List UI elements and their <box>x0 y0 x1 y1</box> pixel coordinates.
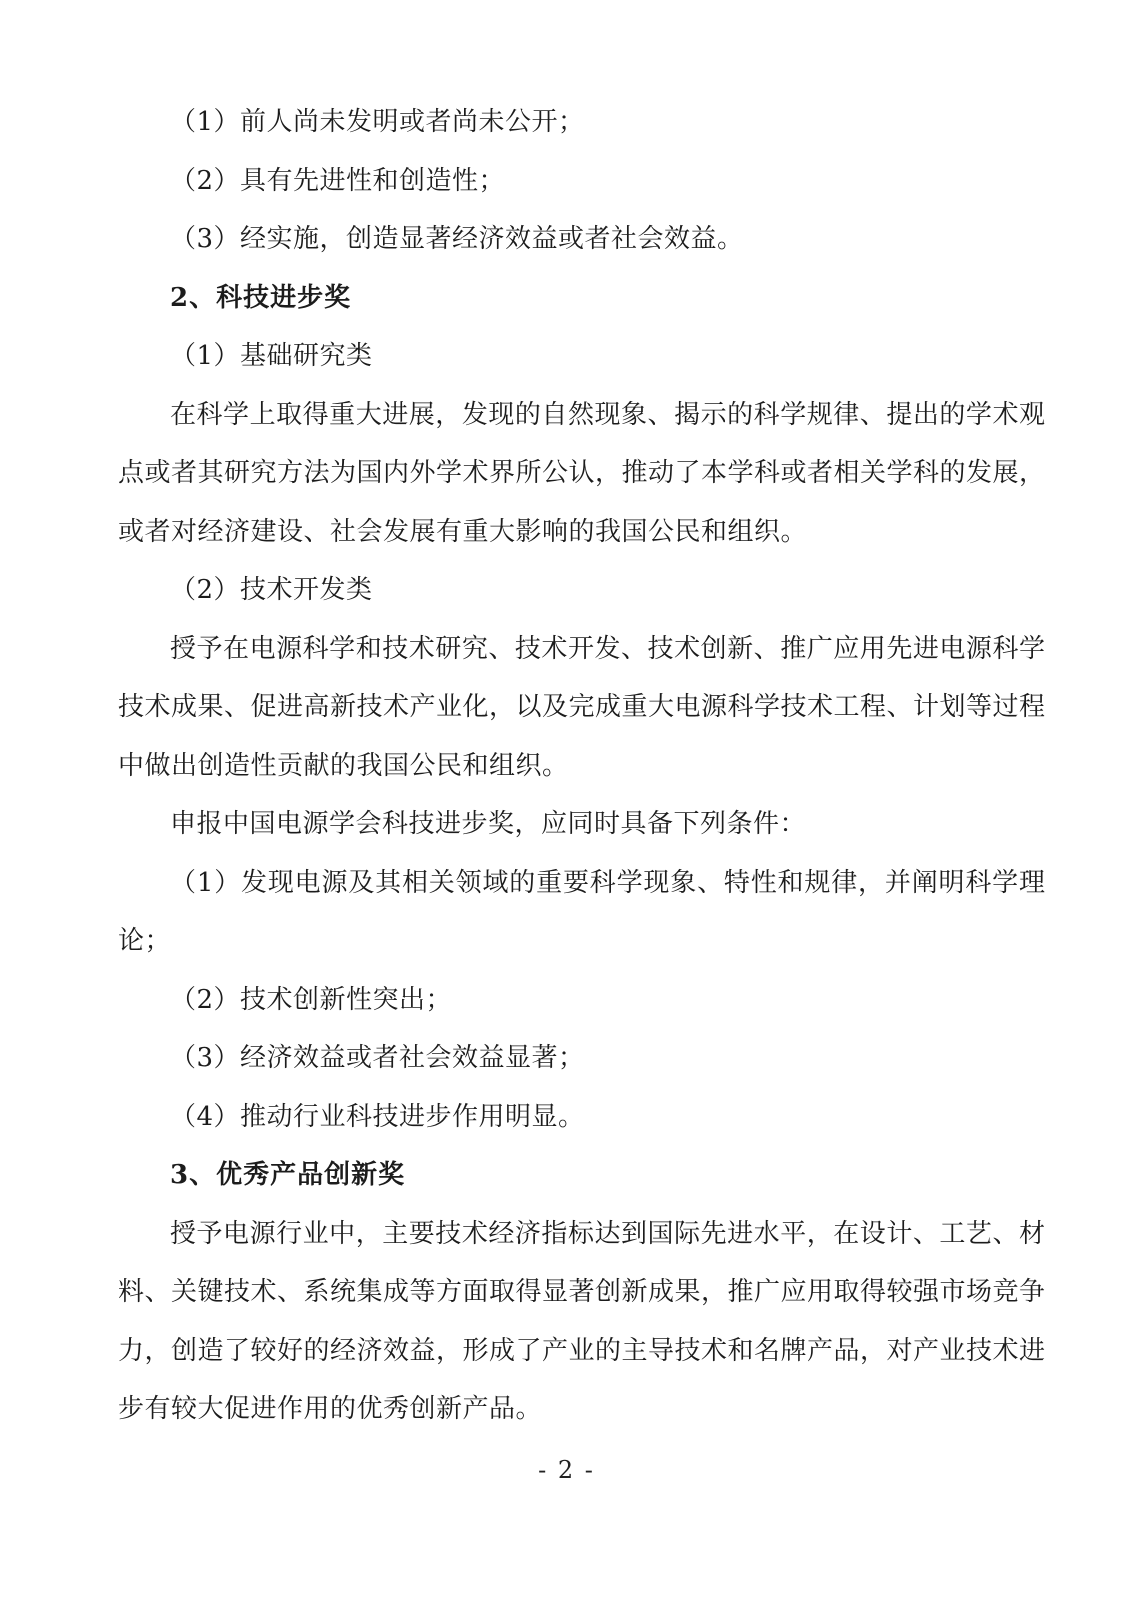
item-progress-condition-2: （2）技术创新性突出； <box>118 971 1045 1030</box>
heading-section-3-product-innovation-award: 3、优秀产品创新奖 <box>118 1146 1045 1205</box>
para-basic-research-line-1: 在科学上取得重大进展，发现的自然现象、揭示的科学规律、提出的学术观 <box>118 386 1045 445</box>
para-tech-development-line-3: 中做出创造性贡献的我国公民和组织。 <box>118 737 1045 796</box>
para-product-award-line-2: 料、关键技术、系统集成等方面取得显著创新成果，推广应用取得较强市场竞争 <box>118 1263 1045 1322</box>
para-basic-research-line-2: 点或者其研究方法为国内外学术界所公认，推动了本学科或者相关学科的发展， <box>118 444 1045 503</box>
para-product-award-line-3: 力，创造了较好的经济效益，形成了产业的主导技术和名牌产品，对产业技术进 <box>118 1322 1045 1381</box>
para-product-award-line-1: 授予电源行业中，主要技术经济指标达到国际先进水平，在设计、工艺、材 <box>118 1205 1045 1264</box>
item-progress-condition-4: （4）推动行业科技进步作用明显。 <box>118 1088 1045 1147</box>
item-basic-research-title: （1）基础研究类 <box>118 327 1045 386</box>
item-tech-development-title: （2）技术开发类 <box>118 561 1045 620</box>
para-product-award-line-4: 步有较大促进作用的优秀创新产品。 <box>118 1380 1045 1439</box>
item-progress-condition-1-line-2: 论； <box>118 912 1045 971</box>
item-invention-condition-2: （2）具有先进性和创造性； <box>118 152 1045 211</box>
document-page: （1）前人尚未发明或者尚未公开； （2）具有先进性和创造性； （3）经实施，创造… <box>0 0 1133 1600</box>
item-progress-condition-3: （3）经济效益或者社会效益显著； <box>118 1029 1045 1088</box>
heading-section-2-sci-tech-progress-award: 2、科技进步奖 <box>118 269 1045 328</box>
page-number: - 2 - <box>0 1439 1133 1498</box>
para-application-conditions-intro: 申报中国电源学会科技进步奖，应同时具备下列条件： <box>118 795 1045 854</box>
item-invention-condition-3: （3）经实施，创造显著经济效益或者社会效益。 <box>118 210 1045 269</box>
para-tech-development-line-1: 授予在电源科学和技术研究、技术开发、技术创新、推广应用先进电源科学 <box>118 620 1045 679</box>
para-basic-research-line-3: 或者对经济建设、社会发展有重大影响的我国公民和组织。 <box>118 503 1045 562</box>
item-invention-condition-1: （1）前人尚未发明或者尚未公开； <box>118 93 1045 152</box>
item-progress-condition-1-line-1: （1）发现电源及其相关领域的重要科学现象、特性和规律，并阐明科学理 <box>118 854 1045 913</box>
para-tech-development-line-2: 技术成果、促进高新技术产业化，以及完成重大电源科学技术工程、计划等过程 <box>118 678 1045 737</box>
